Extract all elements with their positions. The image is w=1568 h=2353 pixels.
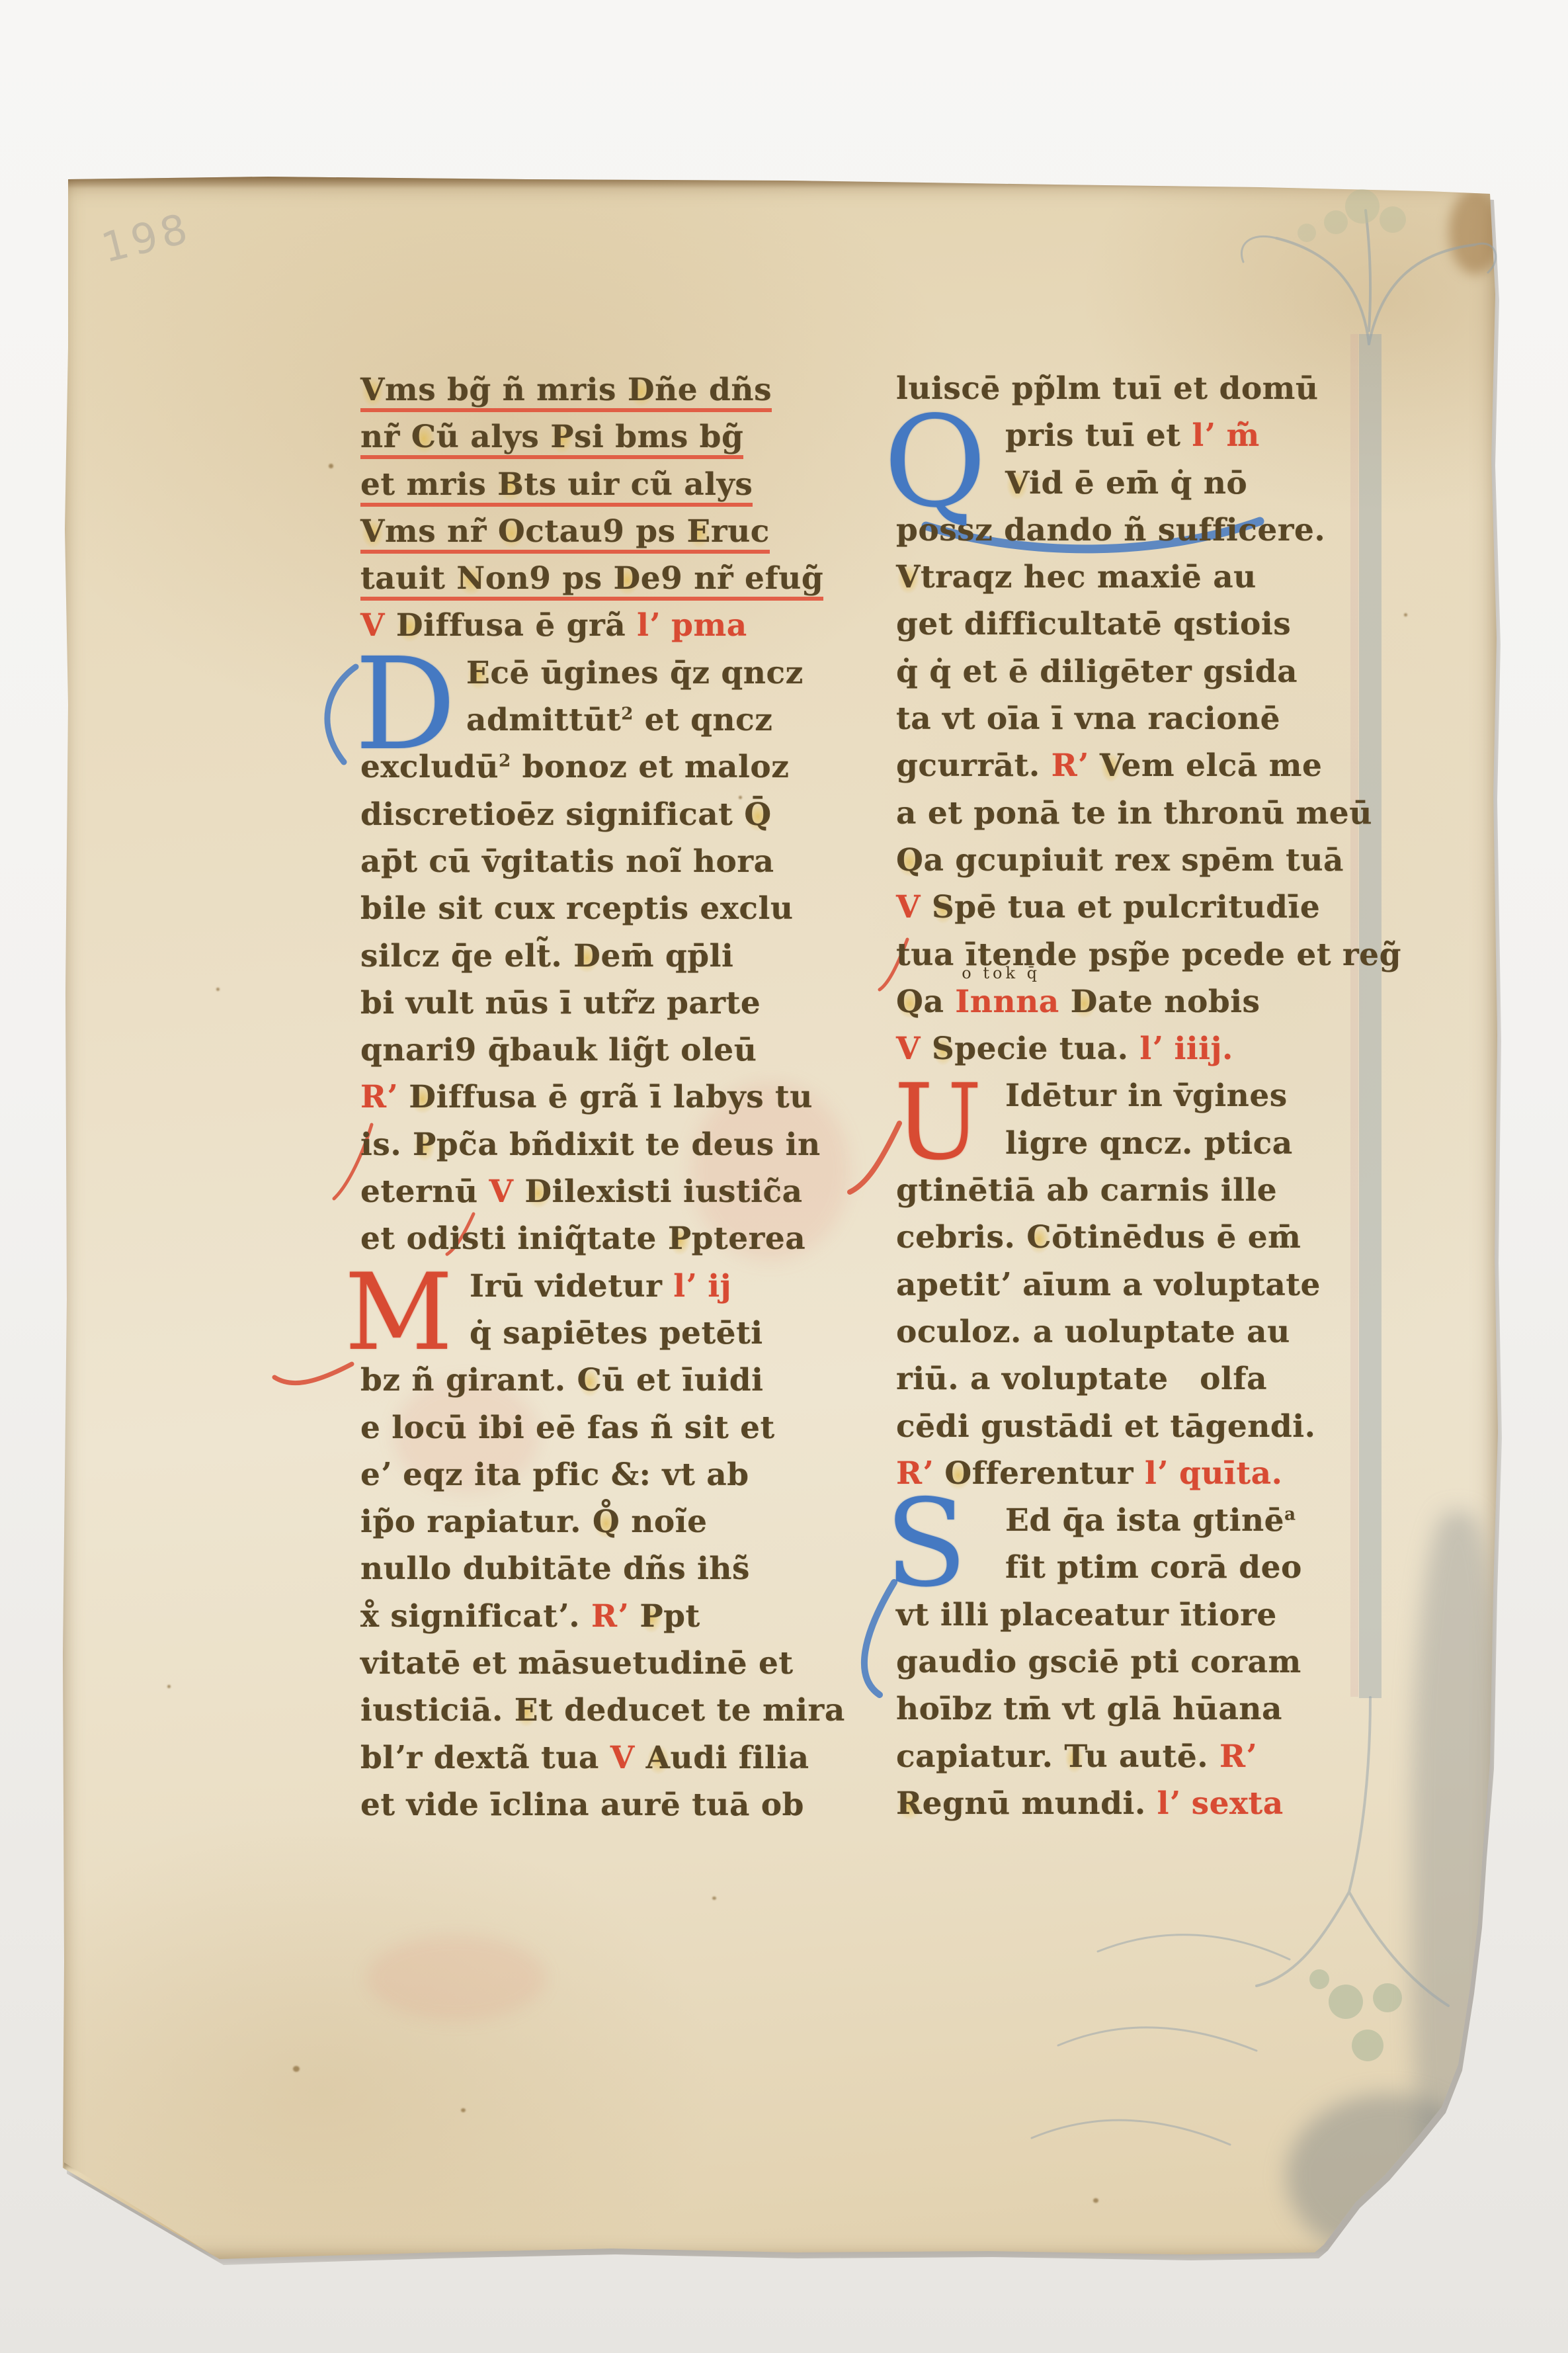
rubric-text: Innnao tok q̄ xyxy=(955,984,1059,1020)
script-text: C xyxy=(577,1362,602,1398)
script-text: D xyxy=(614,560,641,597)
text-line: Rʼ Diffusa ē grã ī labys tu xyxy=(360,1079,850,1126)
script-text: riū. a voluptate olfa xyxy=(896,1361,1267,1397)
script-text: C xyxy=(411,419,436,455)
script-text: D xyxy=(409,1079,436,1115)
text-line: Rʼ Offerentur lʼ quīta. xyxy=(896,1455,1372,1502)
script-text: vitatē et māsuetudinē et xyxy=(360,1645,794,1682)
script-text: S xyxy=(932,889,954,925)
script-text: T xyxy=(1064,1738,1085,1775)
text-line: nullo dubitāte dñs ihs̃ xyxy=(360,1551,850,1598)
text-line: oculoz. a uoluptate au xyxy=(896,1314,1372,1361)
text-line: tauit Non9 ps De9 nr̃ efug̃ xyxy=(360,560,850,607)
script-text: q̇ sapiētes petēti xyxy=(470,1315,763,1351)
text-line: Qa gcupiuit rex spēm tuā xyxy=(896,842,1372,889)
foxing-spot xyxy=(293,2066,300,2072)
initial-Q-blue: Q xyxy=(884,409,987,516)
text-line: gaudio gsciē pti coram xyxy=(896,1644,1372,1691)
gray-stain-right-edge xyxy=(1412,1512,1505,2259)
initial-D-blue: D xyxy=(354,651,456,759)
initial-S-blue: S xyxy=(885,1492,968,1595)
script-text: Q xyxy=(896,842,923,878)
script-text: pecie tua. xyxy=(954,1031,1139,1067)
foxing-spot xyxy=(712,1897,716,1900)
rubric-text: V xyxy=(896,889,932,925)
text-line: cēdi gustādi et tāgendi. xyxy=(896,1408,1372,1455)
script-text: N xyxy=(456,560,485,597)
text-line: a et ponā te in thronū meū xyxy=(896,795,1372,842)
script-text: iffusa ē grã ī labys tu xyxy=(436,1079,813,1115)
interlinear-gloss: o tok q̄ xyxy=(962,964,1040,982)
script-text: P xyxy=(413,1127,436,1163)
script-text: cē ūgines q̄z qncz xyxy=(490,655,803,691)
text-line: vt illi placeatur ītiore xyxy=(896,1597,1372,1644)
script-text: O xyxy=(498,513,525,550)
text-line: discretioēz significat Q̄ xyxy=(360,796,850,843)
foxing-spot xyxy=(329,464,333,468)
script-text: ñe dñs xyxy=(655,372,772,408)
script-text: ilexisti iustic̃a xyxy=(552,1174,803,1210)
script-text: udi filia xyxy=(671,1740,809,1776)
script-text: x̊ significatʼ. xyxy=(360,1598,591,1635)
text-line: et vide īclina aurē tuā ob xyxy=(360,1787,850,1834)
script-text: admittūt xyxy=(466,702,621,738)
rubric-text: lʼ ij xyxy=(673,1268,731,1305)
text-line: is. Ppc̃a bñdixit te deus in xyxy=(360,1127,850,1174)
script-text: em̄ qp̄li xyxy=(600,938,733,974)
text-line: Vtraqz hec maxiē au xyxy=(896,559,1372,606)
rubric-text: V xyxy=(610,1740,646,1776)
script-text: gaudio gsciē pti coram xyxy=(896,1644,1301,1680)
script-text: apetitʼ aīum a voluptate xyxy=(896,1267,1321,1303)
text-line: Regnū mundi. lʼ sexta xyxy=(896,1785,1372,1832)
initial-V-red: U xyxy=(894,1078,982,1167)
script-text: 2 xyxy=(621,704,634,724)
script-text: e locū ibi eē fas ñ sit et xyxy=(360,1410,775,1446)
script-text: pt xyxy=(663,1598,700,1635)
text-line: Vms nr̃ Octau9 ps Eruc xyxy=(360,513,850,560)
text-line: silcz q̄e elt̃. Dem̄ qp̄li xyxy=(360,938,850,985)
script-text: fit ptim corā deo xyxy=(1005,1549,1302,1586)
text-line: eternū V Dilexisti iustic̃a xyxy=(360,1174,850,1220)
script-text: ōtinēdus ē em̄ xyxy=(1052,1219,1301,1256)
script-text: E xyxy=(687,513,711,550)
script-text: a xyxy=(1284,1504,1296,1524)
script-text: gcurrāt. xyxy=(896,748,1052,784)
text-line: apetitʼ aīum a voluptate xyxy=(896,1267,1372,1314)
script-text: capiatur. xyxy=(896,1738,1064,1775)
script-text: ms bg̃ ñ mris xyxy=(385,372,628,408)
script-text: qnari9 q̄bauk lig̃t oleū xyxy=(360,1032,757,1068)
script-text: a gcupiuit rex spēm tuā xyxy=(923,842,1344,878)
script-text: Idētur in v̄gines xyxy=(1005,1078,1288,1114)
script-text: ruc xyxy=(711,513,770,550)
script-text: E xyxy=(515,1692,538,1729)
rubric-text: Rʼ xyxy=(360,1079,409,1115)
script-text: ap̄t cū v̄gitatis noĩ hora xyxy=(360,843,774,880)
script-text: e9 nr̃ efug̃ xyxy=(641,560,823,597)
text-line: ip̃o rapiatur. Q̊ noĩe xyxy=(360,1504,850,1551)
rubric-text: lʼ quīta. xyxy=(1145,1455,1283,1492)
script-text: is. xyxy=(360,1127,413,1163)
script-text: bonoz et maloz xyxy=(511,749,790,785)
text-line: q̇ q̇ et ē diligēter gsida xyxy=(896,654,1372,701)
script-text: et mris xyxy=(360,466,497,503)
script-text: pris tuī et xyxy=(1005,417,1192,454)
foxing-spot xyxy=(461,2108,466,2112)
script-text: tauit xyxy=(360,560,456,597)
script-text: ta vt oīa ī vna racionē xyxy=(896,701,1280,737)
script-text: B xyxy=(497,466,524,503)
rubric-text: lʼ iiij. xyxy=(1139,1031,1233,1067)
foxing-spot xyxy=(216,988,220,991)
script-text: get difficultatē qstiois xyxy=(896,606,1291,642)
script-text: q̇ q̇ et ē diligēter gsida xyxy=(896,654,1298,690)
text-line: fit ptim corā deo xyxy=(896,1549,1372,1596)
script-text: nr̃ xyxy=(360,419,411,455)
text-line: hoībz tm̄ vt glā hūana xyxy=(896,1691,1372,1738)
red-offset-smudge xyxy=(367,1935,546,2021)
script-text: R xyxy=(896,1785,923,1822)
text-line: bi vult nūs ī utr̃z parte xyxy=(360,985,850,1032)
script-text: pterea xyxy=(692,1220,806,1257)
rubric-text: Rʼ xyxy=(591,1598,640,1635)
text-line: ta vt oīa ī vna racionē xyxy=(896,701,1372,748)
script-text: V xyxy=(896,559,921,595)
script-text: ligre qncz. ptica xyxy=(1005,1125,1293,1162)
text-line: gcurrāt. Rʼ Vem elcā me xyxy=(896,748,1372,794)
script-text: t deducet te mira xyxy=(538,1692,845,1729)
script-text: pē tua et pulcritudīe xyxy=(954,889,1320,925)
text-line: Ed q̄a ista gtinēa xyxy=(896,1502,1372,1549)
script-text: silcz q̄e elt̃. xyxy=(360,938,573,974)
script-text: 2 xyxy=(499,751,511,771)
script-text: a et ponā te in thronū meū xyxy=(896,795,1372,832)
rubric-text: Rʼ xyxy=(1052,748,1100,784)
script-text: V xyxy=(360,513,385,550)
script-text: A xyxy=(646,1740,671,1776)
text-column-left: Vms bg̃ ñ mris Dñe dñsnr̃ Cũ alys Psi bm… xyxy=(360,372,850,1834)
script-text: cebris. xyxy=(896,1219,1026,1256)
script-text: nullo dubitāte dñs ihs̃ xyxy=(360,1551,750,1587)
foxing-spot xyxy=(167,1685,171,1688)
text-line: nr̃ Cũ alys Psi bms bg̃ xyxy=(360,419,850,466)
script-text: eternū xyxy=(360,1174,489,1210)
text-line: Qa Innnao tok q̄ Date nobis xyxy=(896,984,1372,1031)
text-line: iusticiā. Et deducet te mira xyxy=(360,1692,850,1739)
script-text: fferentur xyxy=(972,1455,1145,1492)
script-text: E xyxy=(466,655,490,691)
script-text: noĩe xyxy=(620,1504,707,1540)
script-text: bi vult nūs ī utr̃z parte xyxy=(360,985,761,1021)
script-text: ũ alys xyxy=(436,419,550,455)
script-text: cēdi gustādi et tāgendi. xyxy=(896,1408,1316,1445)
script-text: V xyxy=(1005,465,1029,501)
script-text: ctau9 ps xyxy=(525,513,686,550)
text-line: cebris. Cōtinēdus ē em̄ xyxy=(896,1219,1372,1266)
text-line: capiatur. Tu autē. Rʼ xyxy=(896,1738,1372,1785)
script-text: Q̄ xyxy=(744,796,771,833)
script-text: on9 ps xyxy=(485,560,614,597)
script-text: P xyxy=(668,1220,692,1257)
script-text: et vide īclina aurē tuā ob xyxy=(360,1787,804,1823)
text-line: vitatē et māsuetudinē et xyxy=(360,1645,850,1692)
text-line: get difficultatē qstiois xyxy=(896,606,1372,653)
script-text: discretioēz significat xyxy=(360,796,744,833)
text-line: x̊ significatʼ. Rʼ Ppt xyxy=(360,1598,850,1645)
rubric-text: lʼ m̃ xyxy=(1192,417,1259,454)
script-text: et qncz xyxy=(634,702,773,738)
text-line: e locū ibi eē fas ñ sit et xyxy=(360,1410,850,1457)
script-text: egnū mundi. xyxy=(923,1785,1157,1822)
corner-fold xyxy=(64,2162,222,2260)
script-text: oculoz. a uoluptate au xyxy=(896,1314,1290,1350)
script-text: si bms bg̃ xyxy=(574,419,743,455)
manuscript-photo: 198 xyxy=(0,0,1568,2353)
script-text: eʼ eqz ita pfic &: vt ab xyxy=(360,1457,749,1493)
text-line: V Spē tua et pulcritudīe xyxy=(896,889,1372,936)
script-text: ū et īuidi xyxy=(602,1362,763,1398)
script-text: id ē em̄ q̇ nō xyxy=(1029,465,1247,501)
script-text: traqz hec maxiē au xyxy=(921,559,1257,595)
script-text xyxy=(1059,984,1071,1020)
text-line: bile sit cux rceptis exclu xyxy=(360,890,850,937)
text-line: et mris Bts uir cũ alys xyxy=(360,466,850,513)
script-text: V xyxy=(1100,748,1122,784)
script-text: Q̊ xyxy=(593,1504,620,1540)
script-text: C xyxy=(1026,1219,1052,1256)
text-line: Vms bg̃ ñ mris Dñe dñs xyxy=(360,372,850,419)
script-text: hoībz tm̄ vt glā hūana xyxy=(896,1691,1282,1727)
script-text: D xyxy=(573,938,600,974)
script-text: P xyxy=(640,1598,663,1635)
script-text: Irū videtur xyxy=(470,1268,673,1305)
foxing-spot xyxy=(1404,613,1407,617)
script-text: Ed q̄a ista gtinē xyxy=(1005,1502,1284,1539)
script-text: pc̃a bñdixit te deus in xyxy=(436,1127,821,1163)
script-text: u autē. xyxy=(1085,1738,1219,1775)
text-line: qnari9 q̄bauk lig̃t oleū xyxy=(360,1032,850,1079)
text-line: riū. a voluptate olfa xyxy=(896,1361,1372,1408)
foxing-spot xyxy=(1093,2198,1098,2203)
script-text: Q xyxy=(896,984,923,1020)
text-line: ap̄t cū v̄gitatis noĩ hora xyxy=(360,843,850,890)
script-text: bile sit cux rceptis exclu xyxy=(360,890,794,927)
script-text: a xyxy=(923,984,955,1020)
script-text: V xyxy=(360,372,385,408)
pencil-folio-number: 198 xyxy=(97,204,196,273)
rubric-text: lʼ sexta xyxy=(1157,1785,1284,1822)
script-text: ms nr̃ xyxy=(385,513,498,550)
script-text: D xyxy=(1071,984,1098,1020)
text-line: blʼr dextã tua V Audi filia xyxy=(360,1740,850,1787)
script-text: ts uir cũ alys xyxy=(524,466,753,503)
script-text: blʼr dextã tua xyxy=(360,1740,610,1776)
script-text: D xyxy=(524,1174,552,1210)
rubric-text: lʼ pma xyxy=(637,607,747,644)
script-text: ate nobis xyxy=(1098,984,1260,1020)
script-text: ip̃o rapiatur. xyxy=(360,1504,593,1540)
rubric-text: Rʼ xyxy=(1219,1738,1257,1775)
rubric-text: V xyxy=(489,1174,524,1210)
initial-M-red: M xyxy=(345,1267,453,1357)
text-line: eʼ eqz ita pfic &: vt ab xyxy=(360,1457,850,1504)
script-text: D xyxy=(628,372,655,408)
script-text: em elcā me xyxy=(1122,748,1323,784)
script-text: P xyxy=(550,419,574,455)
script-text: iusticiā. xyxy=(360,1692,515,1729)
